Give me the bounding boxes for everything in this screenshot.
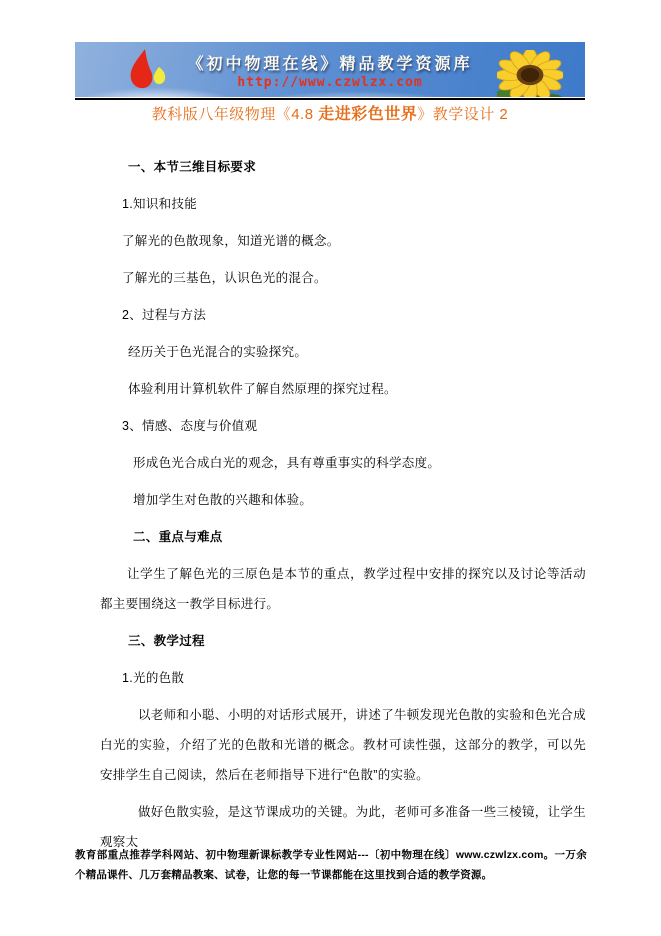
doc-paragraph: 以老师和小聪、小明的对话形式展开，讲述了牛顿发现光色散的实验和色光合成白光的实验… (100, 700, 586, 790)
title-prefix: 教科版八年级物理《4.8 (152, 106, 319, 123)
doc-paragraph: 了解光的三基色，认识色光的混合。 (100, 263, 586, 293)
document-body: 一、本节三维目标要求 1.知识和技能 了解光的色散现象，知道光谱的概念。 了解光… (100, 152, 586, 864)
section-heading-teaching-process: 三、教学过程 (100, 626, 586, 656)
doc-paragraph: 形成色光合成白光的观念，具有尊重事实的科学态度。 (100, 448, 586, 478)
site-banner: 《初中物理在线》精品教学资源库 http://www.czwlzx.com (75, 42, 585, 97)
sunflower-image (497, 50, 563, 97)
subheading-attitude-values: 3、情感、态度与价值观 (100, 411, 586, 441)
section-heading-key-points: 二、重点与难点 (100, 522, 586, 552)
subheading-knowledge-skills: 1.知识和技能 (100, 189, 586, 219)
document-page: 《初中物理在线》精品教学资源库 http://www.czwlzx.com (0, 0, 661, 936)
doc-paragraph: 了解光的色散现象，知道光谱的概念。 (100, 226, 586, 256)
title-suffix: 》教学设计 2 (417, 106, 508, 123)
title-emphasis: 走进彩色世界 (318, 106, 417, 123)
divider (75, 98, 585, 100)
page-title: 教科版八年级物理《4.8 走进彩色世界》教学设计 2 (75, 101, 585, 124)
doc-paragraph: 经历关于色光混合的实验探究。 (100, 337, 586, 367)
footer-note: 教育部重点推荐学科网站、初中物理新课标教学专业性网站---〔初中物理在线〕www… (75, 845, 587, 885)
subheading-process-method: 2、过程与方法 (100, 300, 586, 330)
subheading-light-dispersion: 1.光的色散 (100, 663, 586, 693)
doc-paragraph: 让学生了解色光的三原色是本节的重点，教学过程中安排的探究以及讨论等活动都主要围绕… (100, 559, 586, 619)
doc-paragraph: 体验利用计算机软件了解自然原理的探究过程。 (100, 374, 586, 404)
doc-paragraph: 增加学生对色散的兴趣和体验。 (100, 485, 586, 515)
section-heading-objectives: 一、本节三维目标要求 (100, 152, 586, 182)
